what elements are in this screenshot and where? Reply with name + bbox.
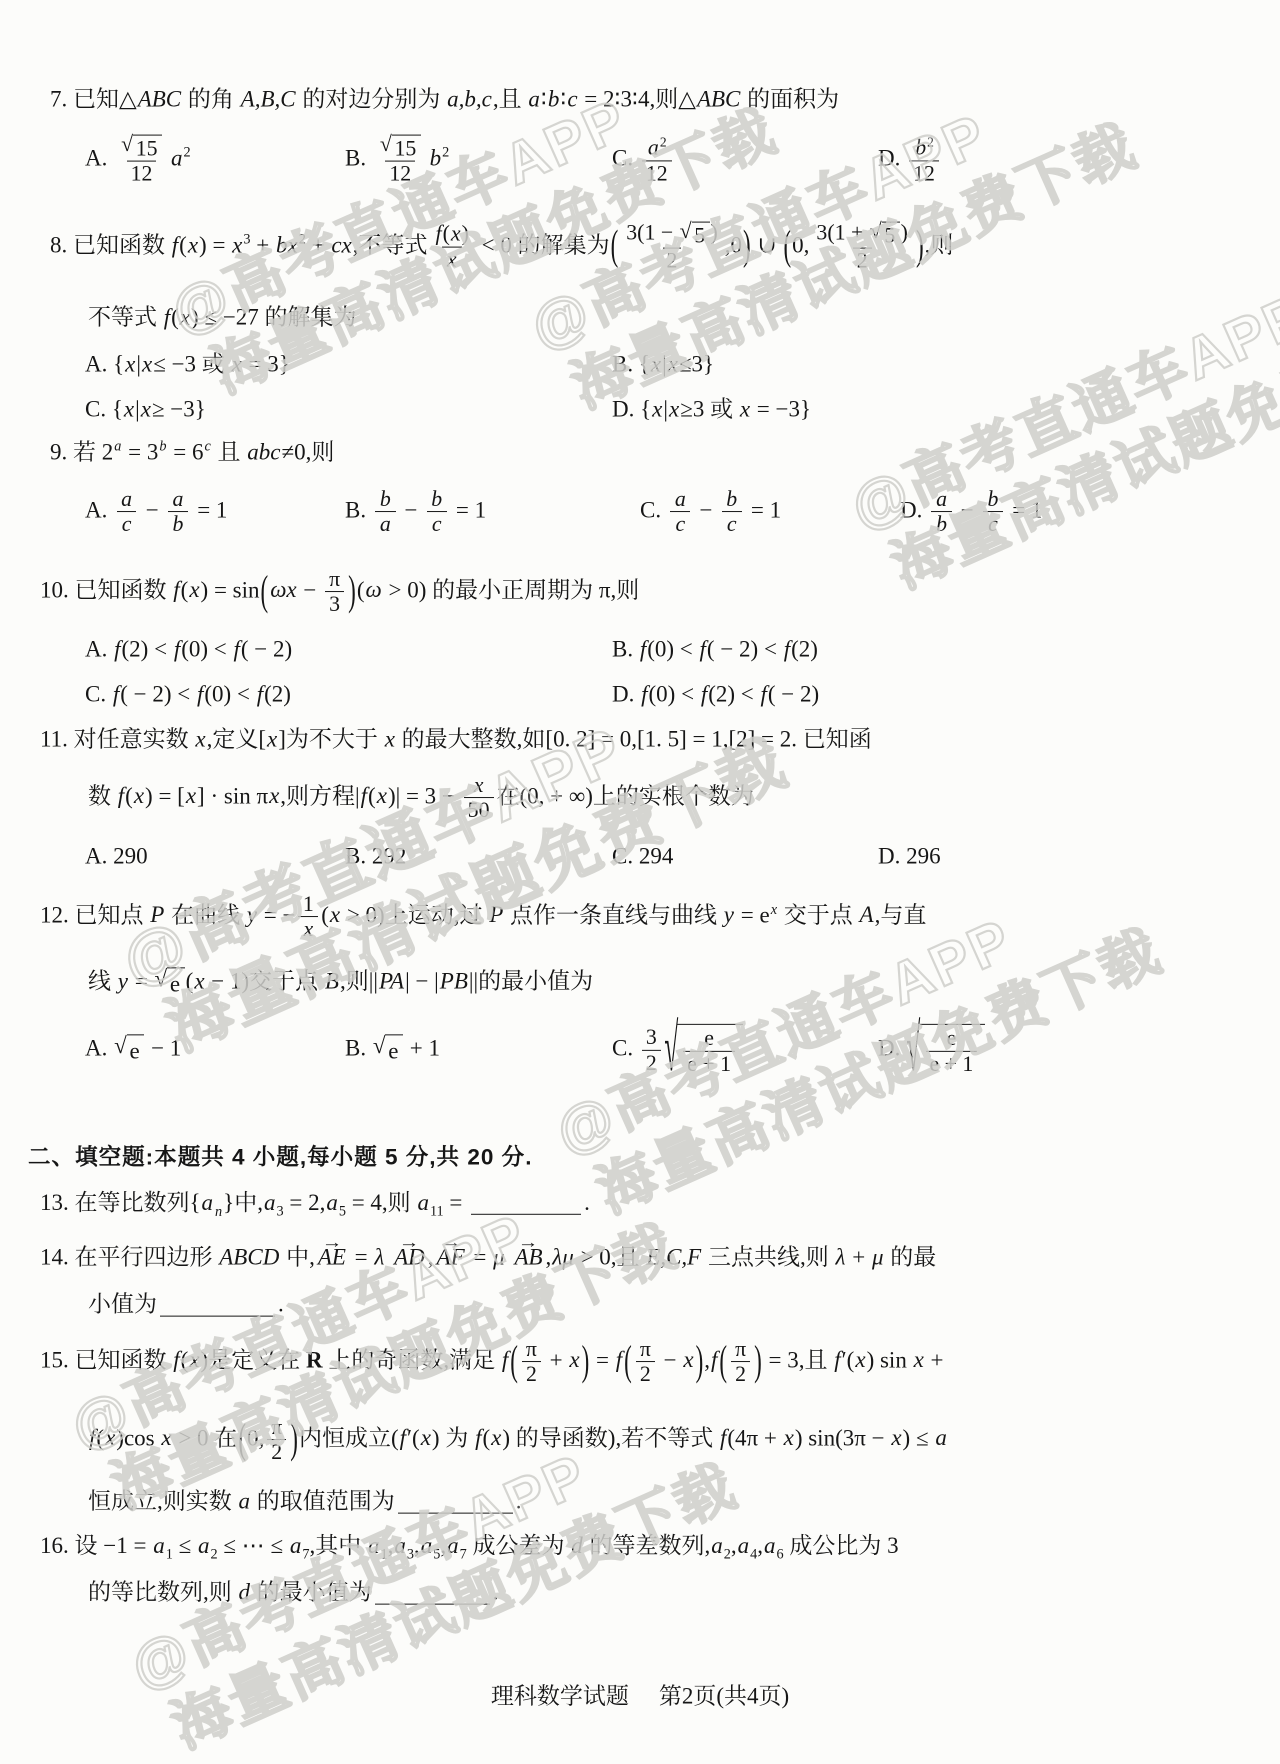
math-variable: A,B,C xyxy=(240,87,297,112)
text-run: 9. 若 2 xyxy=(50,440,113,465)
denominator: 2 xyxy=(642,1050,661,1075)
math-variable: x xyxy=(185,783,197,808)
text-run: 线 xyxy=(88,968,117,993)
math-variable: a xyxy=(710,1533,724,1558)
watermark: @高考直通车APP海量高清试题免费下载 xyxy=(110,652,798,1073)
numerator: x xyxy=(469,773,489,797)
text-run: ′( xyxy=(407,1425,420,1450)
math-variable: ωx xyxy=(269,577,297,602)
text-run: ) 为 xyxy=(432,1425,474,1450)
fraction: ac xyxy=(116,487,137,537)
math-variable: a xyxy=(238,1489,252,1514)
math-variable: f xyxy=(640,682,648,707)
text-run: )cos xyxy=(116,1425,160,1450)
text-run: π xyxy=(271,1415,282,1439)
text-run: C. { xyxy=(85,397,123,422)
text-run: C. xyxy=(85,682,112,707)
math-variable: bx xyxy=(275,232,299,257)
q8-stem-line1: 8. 已知函数 f(x) = x3 + bx2 + cx,不等式f(x)x < … xyxy=(50,221,953,274)
text-run: D. xyxy=(900,497,928,522)
text-run: B. { xyxy=(612,352,650,377)
q15-stem-line3: 恒成立,则实数 a 的取值范围为. xyxy=(88,1488,522,1517)
text-run: 12 xyxy=(131,162,153,186)
text-run: ) = [ xyxy=(145,783,185,808)
text-run: , xyxy=(414,1533,420,1558)
text-run: )是定义在 xyxy=(201,1347,306,1372)
q12-options: A. √e − 1 xyxy=(85,1034,181,1065)
answer-blank xyxy=(160,1295,275,1317)
text-run: ∶ xyxy=(541,87,547,112)
text-run: . xyxy=(516,1489,522,1514)
text-run: ) = xyxy=(199,232,231,257)
fraction: π2 xyxy=(731,1337,750,1387)
text-run: . xyxy=(493,1580,499,1605)
q12-options: C. 32√ee + 1 xyxy=(612,1024,744,1076)
text-run: 的最大整数,如[0. 2] = 0,[1. 5] = 1,[2] = 2. 已知… xyxy=(396,727,872,752)
fraction: √1512 xyxy=(375,134,426,187)
q15-stem-line2: f(x)cos x > 0 在(0,π2)内恒成立(f′(x) 为 f(x) 的… xyxy=(88,1415,948,1465)
text-run: = −3} xyxy=(751,397,811,422)
denominator: 2 xyxy=(731,1362,750,1387)
superscript: 2 xyxy=(927,134,934,149)
text-run: 15. 已知函数 xyxy=(40,1347,172,1372)
text-run: | − | xyxy=(405,968,439,993)
fraction: 3(1 − √5)2 xyxy=(622,221,722,274)
square-root: √15 xyxy=(121,134,162,161)
math-variable: x xyxy=(770,902,778,918)
text-run: 交于点 xyxy=(778,902,859,927)
q12-options: D. √ee + 1 xyxy=(878,1024,986,1076)
watermark-line2: 海量高清试题免费下载 xyxy=(882,291,1280,604)
text-run: , xyxy=(731,1533,737,1558)
numerator: a xyxy=(931,487,952,511)
vector: →AE xyxy=(318,1244,346,1273)
square-root: √15 xyxy=(380,134,421,161)
q11-stem-line2: 数 f(x) = [x] · sin πx,则方程|f(x)| = 3 − x5… xyxy=(88,773,754,823)
text-run: ′( xyxy=(842,1347,855,1372)
text-run: 小值为 xyxy=(88,1292,157,1317)
text-run: D. 296 xyxy=(878,844,941,869)
text-run: }中, xyxy=(223,1190,263,1215)
subscript: 6 xyxy=(776,1546,783,1562)
text-run: 11 xyxy=(430,1203,444,1219)
math-variable: x xyxy=(231,232,243,257)
fraction: 3(1 + √5)2 xyxy=(812,221,912,274)
math-variable: a xyxy=(263,1190,277,1215)
math-variable: f xyxy=(435,222,443,246)
q14-stem-line1: 14. 在平行四边形 ABCD 中,→AE = λ →AD,→AF = μ →A… xyxy=(40,1244,936,1273)
math-variable: μ xyxy=(492,1245,506,1270)
subscript: 3 xyxy=(276,1203,283,1219)
math-variable: x xyxy=(450,222,462,246)
superscript: 2 xyxy=(442,145,449,161)
math-variable: a xyxy=(935,487,948,511)
big-paren: ) xyxy=(347,565,357,618)
section2-header: 二、填空题:本题共 4 小题,每小题 5 分,共 20 分. xyxy=(28,1144,532,1173)
text-run: 5 xyxy=(884,224,895,248)
text-run: − 1 xyxy=(145,1035,181,1060)
math-variable: x xyxy=(651,397,663,422)
square-root: √e xyxy=(114,1035,144,1066)
numerator: π xyxy=(267,1415,286,1439)
text-run: 3 xyxy=(276,1203,283,1219)
radical-sign-icon: √ xyxy=(380,134,392,156)
text-run: 在曲线 xyxy=(165,902,246,927)
math-variable: f xyxy=(360,783,368,808)
text-run: ≠0,则 xyxy=(282,440,335,465)
q15-stem-line1: 15. 已知函数 f(x)是定义在 R 上的奇函数,满足 f(π2 + x) =… xyxy=(40,1337,944,1387)
numerator: b xyxy=(375,487,396,511)
radicand: ee + 1 xyxy=(677,1024,742,1076)
vector-arrow-icon: → xyxy=(518,1233,539,1254)
numerator: 1 xyxy=(299,892,318,916)
big-paren: ( xyxy=(610,220,620,273)
radical-sign-icon: √ xyxy=(121,134,133,156)
text-run: B. xyxy=(345,497,372,522)
text-run: (2) < xyxy=(708,682,759,707)
text-run: ( xyxy=(443,222,450,246)
q7-options: C. a212 xyxy=(612,134,675,185)
math-variable: x xyxy=(667,352,679,377)
superscript: 2 xyxy=(660,134,667,149)
math-variable: f xyxy=(256,682,264,707)
text-run: ( − 2) < xyxy=(707,637,783,662)
text-run: 2 xyxy=(183,145,190,161)
math-variable: b xyxy=(429,145,443,170)
math-variable: a xyxy=(674,487,687,511)
text-run: 12 xyxy=(913,161,935,185)
math-variable: c xyxy=(431,513,443,537)
text-run: = 1 xyxy=(745,497,781,522)
q8-options-ab: A. {x|x≤ −3 或 x = 3} xyxy=(85,351,290,380)
numerator: b xyxy=(426,487,447,511)
text-run: 6 xyxy=(776,1546,783,1562)
denominator: x xyxy=(298,917,318,942)
q9-options: C. ac − bc = 1 xyxy=(640,487,781,537)
text-run: = xyxy=(590,1347,614,1372)
numerator: 3(1 + √5) xyxy=(812,221,912,248)
math-variable: a xyxy=(934,1425,948,1450)
denominator: 12 xyxy=(385,161,415,186)
text-run: A. xyxy=(85,1035,113,1060)
superscript: c xyxy=(203,439,211,455)
text-run: 的面积为 xyxy=(741,87,839,112)
text-run: ( xyxy=(368,783,376,808)
math-variable: x xyxy=(682,1347,694,1372)
denominator: 2 xyxy=(636,1362,655,1387)
math-variable: b xyxy=(547,87,561,112)
text-run: 7. 已知△ xyxy=(50,87,137,112)
text-run: ) xyxy=(901,221,908,245)
text-run: D. xyxy=(878,145,906,170)
text-run: B. xyxy=(345,145,372,170)
denominator: c xyxy=(670,512,690,537)
big-paren: ( xyxy=(782,220,792,273)
math-variable: b xyxy=(379,487,392,511)
text-run: 内恒成立( xyxy=(299,1425,399,1450)
big-paren: ( xyxy=(718,1335,728,1388)
text-run: π xyxy=(735,1337,746,1361)
math-variable: c xyxy=(674,513,686,537)
text-run: ,0 xyxy=(725,232,742,257)
text-run: 数 xyxy=(88,783,117,808)
math-variable: PA xyxy=(378,968,405,993)
superscript: 2 xyxy=(183,145,190,161)
text-run: ≥3 或 xyxy=(680,397,739,422)
radical-sign-icon: √ xyxy=(114,1034,127,1057)
text-run: = 2∶3∶4,则△ xyxy=(579,87,696,112)
text-run: 0, xyxy=(792,232,809,257)
radicand: 5 xyxy=(882,221,900,248)
text-run: 3 xyxy=(243,232,250,248)
big-paren: ( xyxy=(237,1413,247,1466)
text-run: 12. 已知点 xyxy=(40,902,149,927)
math-variable: a xyxy=(289,1533,303,1558)
text-run: ) sin(3π − xyxy=(795,1425,891,1450)
text-run: e xyxy=(170,970,180,999)
vector: →AB xyxy=(514,1244,542,1273)
q12-options: B. √e + 1 xyxy=(345,1034,440,1065)
numerator: f(x) xyxy=(431,222,473,246)
math-variable: f xyxy=(639,637,647,662)
radical-sign-icon: √ xyxy=(154,967,167,990)
big-paren: ) xyxy=(753,1335,763,1388)
numerator: a xyxy=(116,487,137,511)
math-variable: a xyxy=(647,136,660,160)
text-run: A. xyxy=(85,637,113,662)
text-run: − xyxy=(298,577,322,602)
text-run: 3(1 − xyxy=(626,221,678,245)
text-run: ∪ xyxy=(752,232,783,257)
subscript: 3 xyxy=(407,1546,414,1562)
text-run: 12 xyxy=(389,162,411,186)
text-run: 的对边分别为 xyxy=(297,87,447,112)
denominator: c xyxy=(722,512,742,537)
math-variable: f xyxy=(172,577,180,602)
text-run: (2) < xyxy=(122,637,173,662)
radicand: 5 xyxy=(692,221,710,248)
square-root: √e xyxy=(373,1035,403,1066)
text-run: ≤ −3 或 xyxy=(153,352,230,377)
math-variable: a xyxy=(201,1190,215,1215)
text-run: 2 xyxy=(857,249,868,273)
denominator: c xyxy=(983,512,1003,537)
text-run: 2 xyxy=(724,1546,731,1562)
math-variable: x xyxy=(123,397,135,422)
radicand: e xyxy=(385,1035,403,1066)
text-run: = 2, xyxy=(284,1190,326,1215)
square-root: √5 xyxy=(680,221,710,248)
text-run: (0) < xyxy=(647,637,698,662)
math-variable: x xyxy=(854,1347,866,1372)
text-run: B. xyxy=(612,637,639,662)
math-variable: x xyxy=(446,248,458,272)
denominator: e + 1 xyxy=(683,1051,735,1076)
text-run: > 0,且 xyxy=(575,1245,645,1270)
text-run: = 3,且 xyxy=(763,1347,833,1372)
text-run: 的最 xyxy=(885,1245,937,1270)
q13-stem: 13. 在等比数列{an}中,a3 = 2,a5 = 4,则 a11 = . xyxy=(40,1189,590,1221)
math-variable: x xyxy=(568,1347,580,1372)
text-run: D. xyxy=(878,1035,906,1060)
big-paren: ) xyxy=(289,1413,299,1466)
subscript: n xyxy=(214,1203,223,1219)
math-variable: c xyxy=(566,87,578,112)
text-run: . xyxy=(278,1292,284,1317)
text-run: 2 xyxy=(927,134,934,149)
text-run: 11. 对任意实数 xyxy=(40,727,194,752)
math-variable: ABCD xyxy=(218,1245,280,1270)
q16-stem-line2: 的等比数列,则 d 的最小值为. xyxy=(88,1579,499,1608)
text-run: = xyxy=(349,1245,373,1270)
text-run: ,与直 xyxy=(875,902,927,927)
text-run: ( xyxy=(321,902,329,927)
math-variable: a,b,c xyxy=(446,87,493,112)
radicand: e xyxy=(167,968,185,999)
text-run: 3(1 + xyxy=(816,221,868,245)
text-run: 三点共线,则 xyxy=(702,1245,834,1270)
numerator: π xyxy=(325,567,344,591)
vector-arrow-icon: → xyxy=(440,1233,461,1254)
answer-blank xyxy=(398,1492,513,1514)
fraction: x50 xyxy=(464,773,494,823)
math-variable: a xyxy=(325,1190,339,1215)
text-run: = 1 xyxy=(191,497,227,522)
denominator: 12 xyxy=(642,160,672,185)
text-run: )| = 3 − xyxy=(388,783,461,808)
numerator: a xyxy=(168,487,189,511)
math-variable: x xyxy=(104,1425,116,1450)
math-variable: x xyxy=(490,1425,502,1450)
math-variable: a xyxy=(170,145,184,170)
numerator: π xyxy=(636,1337,655,1361)
text-run: D. { xyxy=(612,397,651,422)
fraction: f(x)x xyxy=(431,222,473,272)
text-run: 1 xyxy=(380,1546,387,1562)
math-variable: λ xyxy=(373,1245,385,1270)
math-variable: x xyxy=(179,305,191,330)
math-variable: x xyxy=(302,918,314,942)
fraction: b212 xyxy=(909,134,939,185)
q10-stem: 10. 已知函数 f(x) = sin(ωx − π3)(ω > 0) 的最小正… xyxy=(40,567,639,617)
fraction: π2 xyxy=(636,1337,655,1387)
math-variable: ABC xyxy=(137,87,182,112)
text-run: 成公差为 xyxy=(467,1533,571,1558)
q11-options: D. 296 xyxy=(878,843,941,872)
text-run: 2 xyxy=(442,145,449,161)
watermark-line1: @高考直通车APP xyxy=(160,31,759,349)
math-variable: f xyxy=(760,682,768,707)
text-run: B. 292 xyxy=(345,844,406,869)
numerator: b xyxy=(721,487,742,511)
text-run: ) 的导函数),若不等式 xyxy=(502,1425,719,1450)
text-run: 的取值范围为 xyxy=(251,1489,395,1514)
text-run: ,则方程| xyxy=(280,783,359,808)
text-run: ≤ ⋯ ≤ xyxy=(218,1533,289,1558)
text-run: ) = sin xyxy=(201,577,260,602)
text-run: ] · sin π xyxy=(197,783,268,808)
text-run: ) xyxy=(711,221,718,245)
text-run: − xyxy=(140,497,164,522)
text-run: < 0 的解集为 xyxy=(476,232,610,257)
text-run: 8. 已知函数 xyxy=(50,232,171,257)
text-run: 15 xyxy=(136,137,158,161)
fraction: ab xyxy=(168,487,189,537)
q10-options-cd: C. f( − 2) < f(0) < f(2) xyxy=(85,681,291,710)
big-paren: ) xyxy=(915,220,925,273)
text-run: (2) xyxy=(264,682,291,707)
text-run: 的最小值为 xyxy=(251,1580,372,1605)
math-variable: x xyxy=(268,783,280,808)
numerator: b2 xyxy=(910,134,938,160)
big-paren: ( xyxy=(623,1335,633,1388)
bold-text: R xyxy=(306,1347,323,1372)
text-run: e xyxy=(704,1026,714,1050)
denominator: 2 xyxy=(522,1362,541,1387)
fraction: bc xyxy=(426,487,447,537)
math-variable: a xyxy=(737,1533,751,1558)
text-run: ≤3} xyxy=(679,352,714,377)
q7-stem: 7. 已知△ABC 的角 A,B,C 的对边分别为 a,b,c,且 a∶b∶c … xyxy=(50,86,839,115)
big-paren: ) xyxy=(742,220,752,273)
text-run: ) sin xyxy=(867,1347,913,1372)
big-paren: ( xyxy=(260,565,270,618)
watermark: @高考直通车APP海量高清试题免费下载 xyxy=(840,226,1280,609)
math-variable: E,C,F xyxy=(645,1245,702,1270)
math-variable: d xyxy=(570,1533,584,1558)
subscript: 2 xyxy=(724,1546,731,1562)
math-variable: x xyxy=(376,783,388,808)
math-variable: b xyxy=(430,487,443,511)
q11-options: B. 292 xyxy=(345,843,406,872)
math-variable: x xyxy=(124,352,136,377)
math-variable: abc xyxy=(246,440,281,465)
fraction: ee + 1 xyxy=(683,1026,735,1076)
text-run: − xyxy=(955,497,979,522)
math-variable: A xyxy=(859,902,875,927)
math-variable: x xyxy=(187,232,199,257)
text-run: A. 290 xyxy=(85,844,148,869)
text-run: e + 1 xyxy=(687,1052,731,1076)
math-variable: c xyxy=(121,513,133,537)
text-run: 3 xyxy=(407,1546,414,1562)
math-variable: x xyxy=(890,1425,902,1450)
math-variable: y xyxy=(117,968,129,993)
text-run: 2 xyxy=(735,1363,746,1387)
math-variable: x xyxy=(193,968,205,993)
big-paren: ) xyxy=(695,1335,705,1388)
text-run: ,则|| xyxy=(340,968,378,993)
text-run: 1 xyxy=(166,1546,173,1562)
math-variable: f xyxy=(112,682,120,707)
text-run: A. xyxy=(85,145,113,170)
text-run: − xyxy=(694,497,718,522)
fraction: ab xyxy=(931,487,952,537)
q9-options: D. ab − bc = 1 xyxy=(900,487,1042,537)
fraction: π2 xyxy=(267,1415,286,1465)
fraction: π3 xyxy=(325,567,344,617)
math-variable: a xyxy=(420,1533,434,1558)
math-variable: f xyxy=(173,637,181,662)
radical-sign-icon: √ xyxy=(906,1014,920,1081)
text-run: = xyxy=(129,968,153,993)
text-run: 2 xyxy=(660,134,667,149)
math-variable: n xyxy=(214,1203,223,1219)
q12-stem-line2: 线 y = √e(x − 1)交于点 B,则||PA| − |PB||的最小值为 xyxy=(88,967,593,998)
q10-options-ab: B. f(0) < f( − 2) < f(2) xyxy=(612,636,818,665)
text-run: ( − 2) < xyxy=(120,682,196,707)
math-variable: x xyxy=(194,727,206,752)
